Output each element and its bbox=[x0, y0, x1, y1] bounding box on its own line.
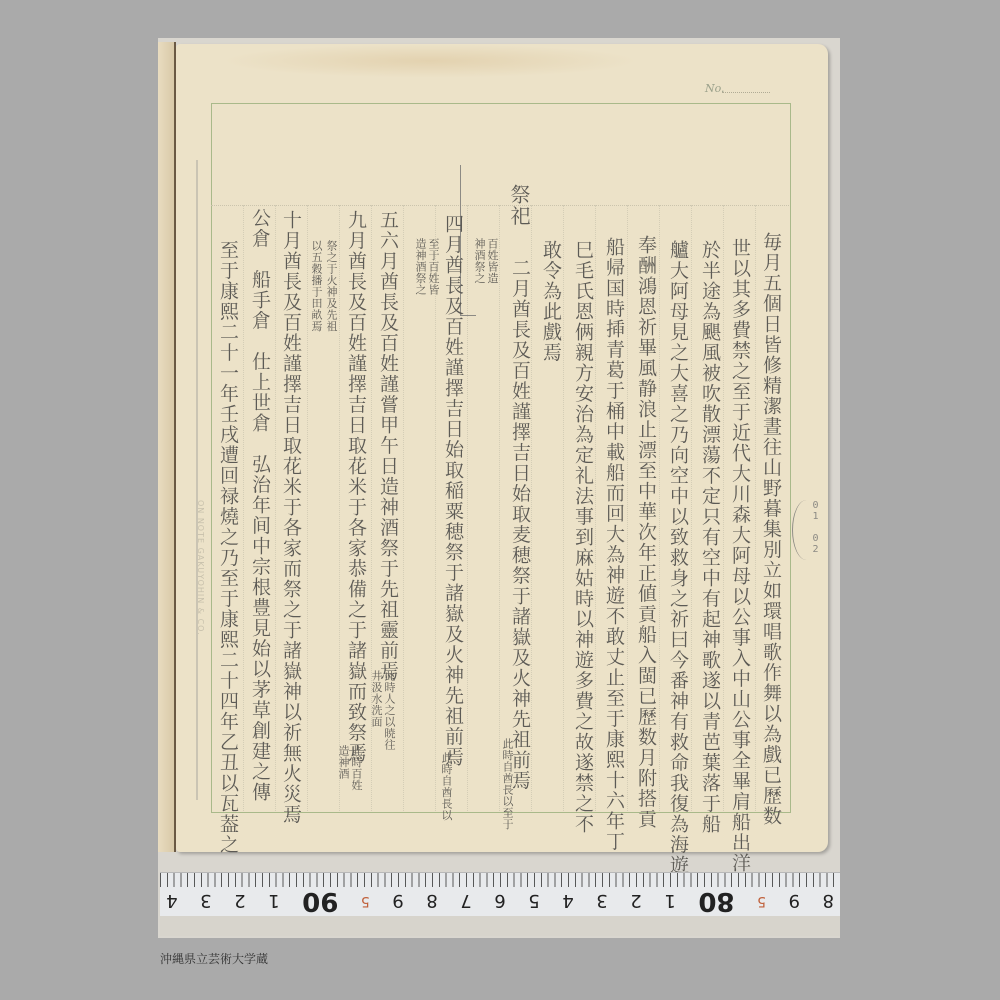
water-stain bbox=[220, 44, 640, 78]
column-rule bbox=[499, 205, 500, 811]
text-column: 五六月酋長及百姓謹嘗甲午日造神酒祭于先祖靈前焉 bbox=[377, 210, 399, 682]
ruler-labels: 8 9 5 80 1 2 3 4 5 6 7 8 9 5 90 1 2 3 4 bbox=[160, 887, 840, 915]
inline-note: 此時自酋長以 bbox=[440, 752, 452, 821]
ruler-label: 5 bbox=[361, 893, 370, 909]
text-column: 四月酋長及百姓謹擇吉日始取稲粟穂祭于諸嶽及火神先祖前焉 bbox=[442, 214, 464, 768]
ruler-label: 80 bbox=[698, 886, 734, 916]
column-rule bbox=[755, 205, 756, 811]
section-heading: 祭祀 bbox=[508, 184, 530, 227]
text-column: 公倉 船手倉 仕上世倉 弘治年间中宗根豊見始以茅草創建之傳 bbox=[249, 208, 271, 803]
ruler-label: 5 bbox=[757, 893, 766, 909]
column-rule bbox=[691, 205, 692, 811]
column-rule bbox=[531, 205, 532, 811]
text-column: 至于康熙二十一年壬戌遭回禄燒之乃至于康熙二十四年乙丑以瓦葢之 bbox=[217, 240, 239, 855]
margin-pencil-line bbox=[196, 160, 198, 800]
ruler-label: 3 bbox=[596, 891, 607, 912]
paper-watermark: ON NOTE GAKUYOHIN & CO. bbox=[196, 500, 205, 636]
ruler-label: 6 bbox=[494, 891, 505, 912]
inline-note: 至于百姓皆 bbox=[427, 238, 439, 296]
page-number-label: No. bbox=[705, 82, 725, 95]
text-column: 敢令為此戲焉 bbox=[540, 240, 562, 363]
ruler-label: 4 bbox=[166, 891, 177, 912]
measuring-ruler: 8 9 5 80 1 2 3 4 5 6 7 8 9 5 90 1 2 3 4 bbox=[160, 872, 840, 918]
ruler-label: 8 bbox=[823, 891, 834, 912]
inline-note: 百姓皆造 bbox=[486, 238, 498, 284]
margin-annotation: 01 02 bbox=[792, 500, 821, 560]
inline-note: 祭之于火神及先祖 bbox=[325, 240, 337, 332]
ruler-label: 4 bbox=[562, 891, 573, 912]
column-rule bbox=[243, 205, 244, 811]
inline-note: 此時百姓 bbox=[350, 745, 362, 791]
column-rule bbox=[627, 205, 628, 811]
column-rule bbox=[563, 205, 564, 811]
text-column: 於半途為颶風被吹散漂蕩不定只有空中有起神歌遂以青芭葉落于船 bbox=[699, 240, 721, 835]
ruler-label: 3 bbox=[200, 891, 211, 912]
ruler-label: 9 bbox=[392, 891, 403, 912]
inline-note: 井汲水洗面 bbox=[370, 670, 382, 728]
column-rule bbox=[339, 205, 340, 811]
text-column: 世以其多費禁之至于近代大川森大阿母以公事入中山公事全畢肩船出洋往 bbox=[729, 238, 751, 894]
text-column: 巳毛氏恩俩親方安治為定礼法事到麻姑時以神遊多費之故遂禁之不 bbox=[572, 240, 594, 835]
text-column: 船帰国時揷青葛于桶中載船而回大為神遊不敢丈止至于康熙十六年丁 bbox=[603, 237, 625, 852]
ruler-label: 8 bbox=[426, 891, 437, 912]
ruler-label: 2 bbox=[234, 891, 245, 912]
column-rule bbox=[307, 205, 308, 811]
ruler-label: 90 bbox=[302, 886, 338, 916]
page-number-line bbox=[722, 92, 770, 93]
text-column: 奉酬鴻恩祈畢風静浪止漂至中華次年正値貢船入閩已歷数月附搭貢 bbox=[635, 235, 657, 830]
column-rule bbox=[659, 205, 660, 811]
column-rule bbox=[403, 205, 404, 811]
column-rule bbox=[595, 205, 596, 811]
inline-note: 此時自酋長以至于 bbox=[501, 738, 513, 830]
header-rule bbox=[211, 205, 789, 206]
column-rule bbox=[723, 205, 724, 811]
text-column: 九月酋長及百姓謹擇吉日取花米于各家恭備之于諸嶽而致祭焉 bbox=[345, 210, 367, 764]
ruler-label: 5 bbox=[528, 891, 539, 912]
inline-note: 此時人之以暁往 bbox=[383, 670, 395, 751]
ruler-label: 1 bbox=[664, 891, 675, 912]
ruler-base bbox=[160, 916, 840, 936]
facing-page-edge bbox=[158, 42, 176, 852]
collection-caption: 沖縄県立芸術大学蔵 bbox=[160, 950, 268, 967]
text-column: 二月酋長及百姓謹擇吉日始取麦穂祭于諸嶽及火神先祖前焉 bbox=[509, 258, 531, 791]
inline-note: 以五穀播于田畝焉 bbox=[310, 240, 322, 332]
ruler-label: 2 bbox=[630, 891, 641, 912]
text-column: 毎月五個日皆修精潔晝往山野暮集別立如環唱歌作舞以為戲已歷数 bbox=[760, 232, 782, 827]
inline-note: 造神酒 bbox=[337, 745, 349, 780]
ruler-label: 1 bbox=[268, 891, 279, 912]
text-column: 十月酋長及百姓謹擇吉日取花米于各家而祭之于諸嶽神以祈無火災焉 bbox=[280, 210, 302, 825]
ruler-label: 9 bbox=[789, 891, 800, 912]
text-column: 艫大阿母見之大喜之乃向空中以致救身之祈曰今番神有救命我復為海遊 bbox=[667, 240, 689, 876]
ruler-ticks bbox=[160, 873, 840, 887]
inline-note: 神酒祭之 bbox=[473, 238, 485, 284]
inline-note: 造神酒祭之 bbox=[414, 238, 426, 296]
ruler-label: 7 bbox=[460, 891, 471, 912]
column-rule bbox=[275, 205, 276, 811]
